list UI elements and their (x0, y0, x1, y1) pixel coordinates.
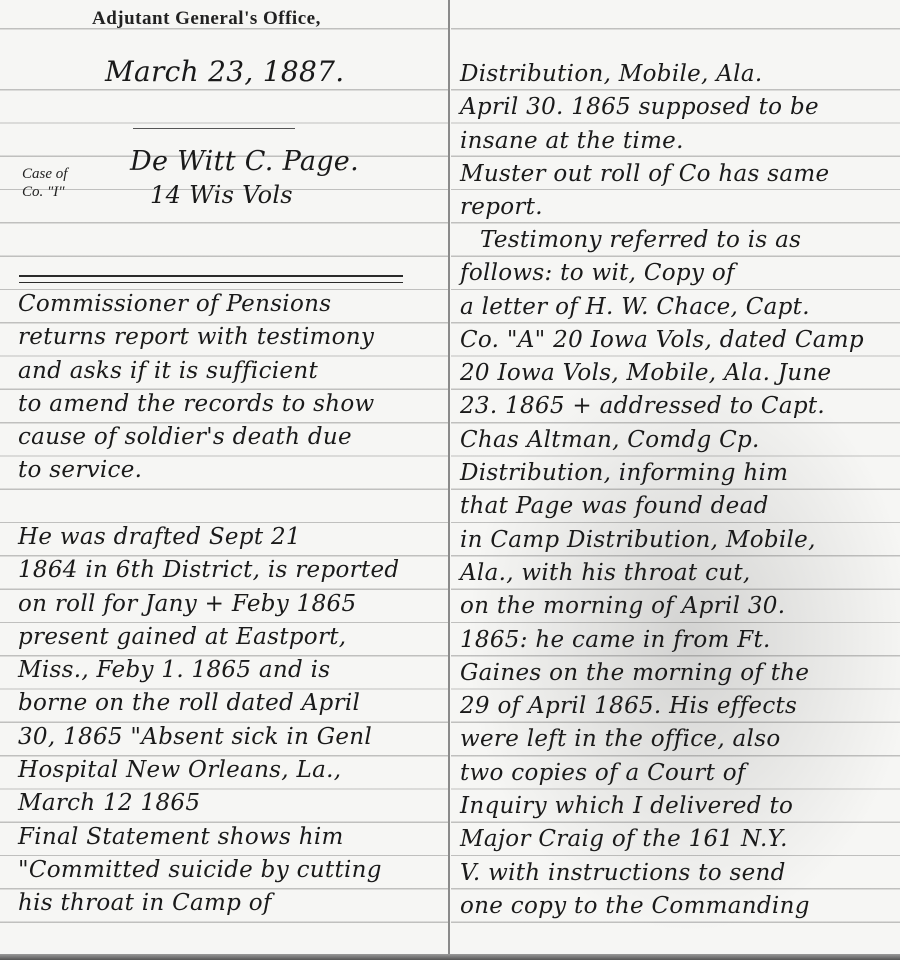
text-line: Hospital New Orleans, La., (18, 754, 399, 787)
text-line: He was drafted Sept 21 (18, 521, 399, 554)
text-line: his throat in Camp of (18, 887, 399, 920)
text-line: Chas Altman, Comdg Cp. (460, 424, 864, 457)
text-line: a letter of H. W. Chace, Capt. (460, 291, 864, 324)
text-line: 29 of April 1865. His effects (460, 690, 864, 723)
text-line: V. with instructions to send (460, 857, 864, 890)
text-line: March 12 1865 (18, 787, 399, 820)
header-rule (133, 128, 295, 129)
text-line: Commissioner of Pensions (18, 288, 374, 321)
text-line: April 30. 1865 supposed to be (460, 91, 829, 124)
document-date: March 23, 1887. (105, 52, 344, 92)
case-label-line2: Co. "I" (22, 183, 67, 201)
text-line: cause of soldier's death due (18, 421, 374, 454)
left-paragraph-1: Commissioner of Pensions returns report … (18, 288, 374, 488)
text-line: Co. "A" 20 Iowa Vols, dated Camp (460, 324, 864, 357)
text-line: two copies of a Court of (460, 757, 864, 790)
section-double-rule (19, 275, 403, 283)
text-line: on roll for Jany + Feby 1865 (18, 588, 399, 621)
column-divider (448, 0, 450, 960)
case-unit: 14 Wis Vols (150, 180, 293, 210)
page-bottom-edge (0, 954, 900, 960)
text-line: report. (460, 191, 829, 224)
text-line: present gained at Eastport, (18, 621, 399, 654)
text-line: to service. (18, 454, 374, 487)
text-line: "Committed suicide by cutting (18, 854, 399, 887)
text-line: Gaines on the morning of the (460, 657, 864, 690)
text-line: returns report with testimony (18, 321, 374, 354)
text-line: and asks if it is sufficient (18, 355, 374, 388)
text-line: were left in the office, also (460, 723, 864, 756)
right-paragraph-1: Distribution, Mobile, Ala. April 30. 186… (460, 58, 829, 224)
text-line: that Page was found dead (460, 490, 864, 523)
text-line: 1864 in 6th District, is reported (18, 554, 399, 587)
left-paragraph-2: He was drafted Sept 21 1864 in 6th Distr… (18, 521, 399, 921)
text-line: borne on the roll dated April (18, 687, 399, 720)
case-label: Case of Co. "I" (22, 165, 67, 201)
text-line: insane at the time. (460, 125, 829, 158)
text-line: Ala., with his throat cut, (460, 557, 864, 590)
letterhead: Adjutant General's Office, (92, 8, 321, 30)
text-line: Major Craig of the 161 N.Y. (460, 823, 864, 856)
text-line: follows: to wit, Copy of (460, 257, 864, 290)
text-line: on the morning of April 30. (460, 590, 864, 623)
text-line: Final Statement shows him (18, 821, 399, 854)
text-line: Miss., Feby 1. 1865 and is (18, 654, 399, 687)
case-name: De Witt C. Page. (130, 145, 359, 179)
text-line: to amend the records to show (18, 388, 374, 421)
text-line: one copy to the Commanding (460, 890, 864, 923)
text-line: Distribution, Mobile, Ala. (460, 58, 829, 91)
text-line: Inquiry which I delivered to (460, 790, 864, 823)
text-line: 30, 1865 "Absent sick in Genl (18, 721, 399, 754)
text-line: in Camp Distribution, Mobile, (460, 524, 864, 557)
text-line: 20 Iowa Vols, Mobile, Ala. June (460, 357, 864, 390)
text-line: 23. 1865 + addressed to Capt. (460, 390, 864, 423)
ledger-page: Adjutant General's Office, March 23, 188… (0, 0, 900, 960)
case-label-line1: Case of (22, 165, 67, 183)
text-line: Testimony referred to is as (460, 224, 864, 257)
text-line: Muster out roll of Co has same (460, 158, 829, 191)
text-line: Distribution, informing him (460, 457, 864, 490)
right-paragraph-2: Testimony referred to is as follows: to … (460, 224, 864, 923)
text-line: 1865: he came in from Ft. (460, 624, 864, 657)
